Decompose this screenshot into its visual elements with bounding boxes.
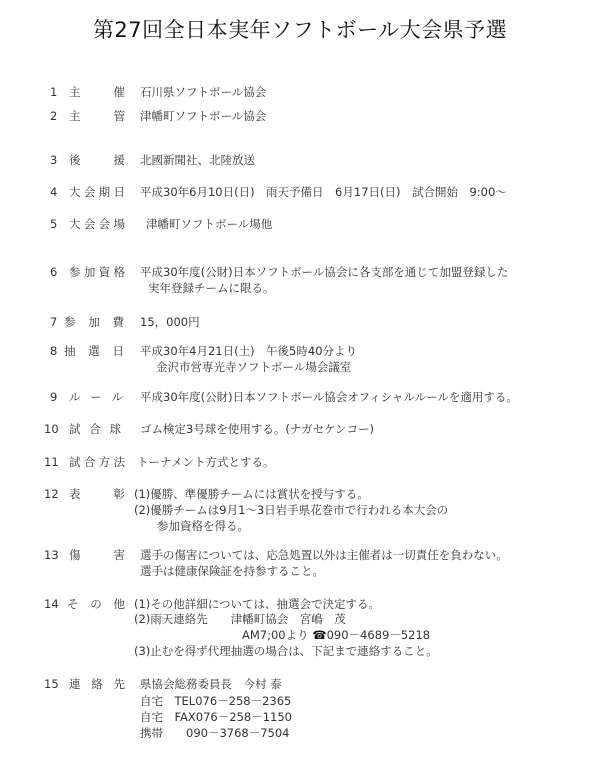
label-char: 先 [114,677,126,691]
label-char: 主 [69,85,81,99]
item-value: 選手の傷害については、応急処置以外は主催者は一切責任を負わない。 [140,548,508,562]
label-char: 表 [69,487,81,501]
item-number: 2 [50,109,57,123]
item-label: 抽 選 日 [64,344,124,358]
item-number: 8 [50,344,57,358]
item-value: 平成30年6月10日(日) 雨天予備日 6月17日(日) 試合開始 9:00～ [140,185,507,199]
item-value: 津幡町ソフトボール協会 [140,109,266,123]
item-value: 平成30年度(公財)日本ソフトボール協会オフィシャルルールを適用する。 [140,390,518,404]
label-char: ー [90,390,102,404]
label-char: 試 [69,455,81,469]
item-number: 10 [44,422,59,436]
telephone-icon: ☎ [312,628,326,642]
item-label: そ の 他 [67,597,125,611]
label-char: 彰 [114,487,126,501]
mobile-phone: 携帯 090－3768－7504 [140,726,289,740]
item-number: 9 [50,390,57,404]
item-label: 大 会 会 場 [69,217,125,231]
item-number: 3 [50,153,57,167]
item-value-continuation: 参加資格を得る。 [157,519,249,533]
contact-person: 県協会総務委員長 今村 泰 [140,677,282,691]
page-title: 第27回全日本実年ソフトボール大会県予選 [0,14,600,44]
phone-number: 090－4689－5218 [327,628,430,642]
label-char: 大 [69,217,81,231]
label-char: 場 [113,217,125,231]
item-value-continuation: 金沢市営専光寺ソフトボール場会議室 [156,360,351,374]
item-value-continuation: 実年登録チームに限る。 [148,281,275,295]
item-number: 6 [50,265,57,279]
label-char: 援 [114,153,126,167]
item-label: 試 合 方 法 [69,455,125,469]
item-label: 主 催 [69,85,125,99]
label-char: 加 [88,315,100,329]
label-char: 催 [114,85,126,99]
item-number: 14 [44,597,59,611]
item-label: ル ー ル [69,390,123,404]
item-value: 平成30年度(公財)日本ソフトボール協会に各支部を通じて加盟登録した [140,265,508,279]
label-char: そ [67,597,79,611]
item-label: 傷 害 [69,548,125,562]
label-char: 資 [99,265,111,279]
item-value: 石川県ソフトボール協会 [140,85,266,99]
label-char: 法 [113,455,125,469]
label-char: 参 [64,315,76,329]
label-char: 格 [113,265,125,279]
item-value: 15，000円 [140,315,200,329]
item-value-continuation: 選手は健康保険証を持参すること。 [140,564,324,578]
label-char: 選 [88,344,100,358]
label-char: 連 [69,677,81,691]
label-char: 傷 [69,548,81,562]
label-char: 合 [84,455,96,469]
item-value-continuation: (3)止むを得ず代理抽選の場合は、下記まで連絡すること。 [134,644,438,658]
item-value: (1)優勝、準優勝チームには賞状を授与する。 [134,487,369,501]
item-value: トーナメント方式とする。 [137,455,275,469]
label-char: 日 [113,344,125,358]
item-value: 津幡町ソフトボール場他 [146,217,272,231]
label-char: 他 [114,597,126,611]
item-value: 北國新聞社、北陸放送 [140,153,255,167]
rain-contact-phone: AM7;00より ☎090－4689－5218 [242,628,430,642]
label-char: 費 [113,315,125,329]
label-char: ル [69,390,81,404]
label-char: 合 [89,422,101,436]
item-label: 参 加 費 [64,315,124,329]
item-label: 後 援 [69,153,125,167]
item-number: 4 [50,185,57,199]
label-char: 大 [69,185,81,199]
item-number: 12 [44,487,59,501]
label-char: の [90,597,102,611]
label-char: ル [112,390,124,404]
label-char: 主 [69,109,81,123]
label-char: 抽 [64,344,76,358]
home-tel: 自宅 TEL076－258－2365 [140,694,291,708]
contact-time: AM7;00より [242,628,309,642]
item-label: 主 管 [69,109,125,123]
item-value: (1)その他詳細については、抽選会で決定する。 [134,597,380,611]
label-char: 加 [84,265,96,279]
item-label: 試 合 球 [69,422,121,436]
label-char: 管 [114,109,126,123]
label-char: 方 [99,455,111,469]
label-char: 期 [99,185,111,199]
item-label: 参 加 資 格 [69,265,125,279]
item-value-continuation: (2)優勝チームは9月1～3日岩手県花巻市で行われる本大会の [134,503,448,517]
label-char: 参 [69,265,81,279]
item-value: 平成30年4月21日(土) 午後5時40分より [140,344,357,358]
item-number: 13 [44,548,59,562]
item-value-continuation: (2)雨天連絡先 津幡町協会 宮嶋 茂 [134,612,346,626]
item-label: 表 彰 [69,487,125,501]
label-char: 球 [110,422,122,436]
item-number: 7 [50,315,57,329]
item-number: 1 [50,85,57,99]
home-fax: 自宅 FAX076－258－1150 [140,710,292,724]
label-char: 後 [69,153,81,167]
item-number: 5 [50,217,57,231]
label-char: 試 [69,422,81,436]
item-label: 連 絡 先 [69,677,125,691]
label-char: 会 [84,217,96,231]
label-char: 会 [84,185,96,199]
label-char: 会 [99,217,111,231]
item-number: 11 [44,455,59,469]
item-value: ゴム検定3号球を使用する。(ナガセケンコー) [140,422,374,436]
label-char: 害 [114,548,126,562]
label-char: 絡 [91,677,103,691]
item-number: 15 [44,677,59,691]
item-label: 大 会 期 日 [69,185,125,199]
label-char: 日 [113,185,125,199]
